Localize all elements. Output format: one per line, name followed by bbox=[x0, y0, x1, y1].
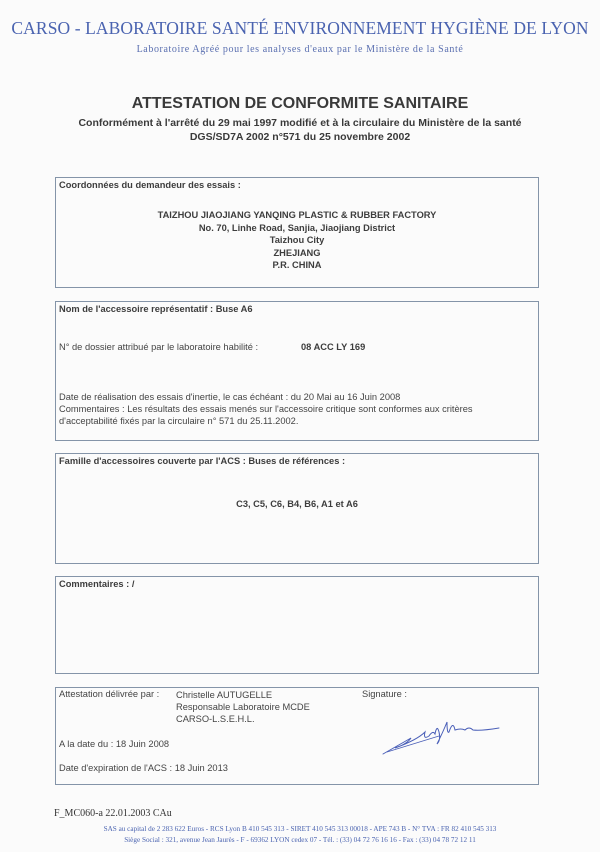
issuance-box: Attestation délivrée par : Christelle AU… bbox=[55, 687, 539, 785]
applicant-address: TAIZHOU JIAOJIANG YANQING PLASTIC & RUBB… bbox=[56, 209, 538, 272]
test-dates: Date de réalisation des essais d'inertie… bbox=[59, 392, 400, 402]
lab-subtitle: Laboratoire Agréé pour les analyses d'ea… bbox=[0, 44, 600, 55]
footer-legal-line-2: Siège Social : 321, avenue Jean Jaurès -… bbox=[0, 836, 600, 844]
applicant-box: Coordonnées du demandeur des essais : TA… bbox=[55, 177, 539, 288]
applicant-label: Coordonnées du demandeur des essais : bbox=[59, 180, 241, 190]
document-subtitle: Conformément à l'arrêté du 29 mai 1997 m… bbox=[0, 116, 600, 144]
signature-icon bbox=[381, 710, 501, 760]
accessory-label: Nom de l'accessoire représentatif : Buse… bbox=[59, 304, 253, 314]
file-number-label: N° de dossier attribué par le laboratoir… bbox=[59, 342, 258, 352]
issuer-role: Responsable Laboratoire MCDE bbox=[176, 701, 310, 713]
signature-image bbox=[381, 710, 501, 762]
subtitle-line-1: Conformément à l'arrêté du 29 mai 1997 m… bbox=[0, 116, 600, 130]
issue-date: A la date du : 18 Juin 2008 bbox=[59, 739, 169, 749]
lab-name: CARSO - LABORATOIRE SANTÉ ENVIRONNEMENT … bbox=[0, 18, 600, 39]
issuer-org: CARSO-L.S.E.H.L. bbox=[176, 713, 310, 725]
issued-by-label: Attestation délivrée par : bbox=[59, 689, 159, 699]
issuer-name: Christelle AUTUGELLE bbox=[176, 689, 310, 701]
expiry-date: Date d'expiration de l'ACS : 18 Juin 201… bbox=[59, 763, 228, 773]
subtitle-line-2: DGS/SD7A 2002 n°571 du 25 novembre 2002 bbox=[0, 130, 600, 144]
form-code: F_MC060-a 22.01.2003 CAu bbox=[54, 808, 172, 819]
address-line: P.R. CHINA bbox=[56, 259, 538, 272]
accessory-comments-line-2: d'acceptabilité fixés par la circulaire … bbox=[59, 416, 298, 426]
address-line: No. 70, Linhe Road, Sanjia, Jiaojiang Di… bbox=[56, 222, 538, 235]
footer-legal-line-1: SAS au capital de 2 283 622 Euros - RCS … bbox=[0, 825, 600, 833]
address-line: Taizhou City bbox=[56, 234, 538, 247]
file-number-value: 08 ACC LY 169 bbox=[301, 342, 365, 352]
family-box: Famille d'accessoires couverte par l'ACS… bbox=[55, 453, 539, 564]
family-label: Famille d'accessoires couverte par l'ACS… bbox=[59, 456, 345, 466]
address-line: TAIZHOU JIAOJIANG YANQING PLASTIC & RUBB… bbox=[56, 209, 538, 222]
comments-label: Commentaires : / bbox=[59, 579, 134, 589]
comments-box: Commentaires : / bbox=[55, 576, 539, 674]
accessory-comments-line-1: Commentaires : Les résultats des essais … bbox=[59, 404, 473, 414]
document-title: ATTESTATION DE CONFORMITE SANITAIRE bbox=[0, 95, 600, 113]
family-references: C3, C5, C6, B4, B6, A1 et A6 bbox=[56, 498, 538, 511]
accessory-box: Nom de l'accessoire représentatif : Buse… bbox=[55, 301, 539, 441]
signature-label: Signature : bbox=[362, 689, 407, 699]
address-line: ZHEJIANG bbox=[56, 247, 538, 260]
issuer-block: Christelle AUTUGELLE Responsable Laborat… bbox=[176, 689, 310, 725]
